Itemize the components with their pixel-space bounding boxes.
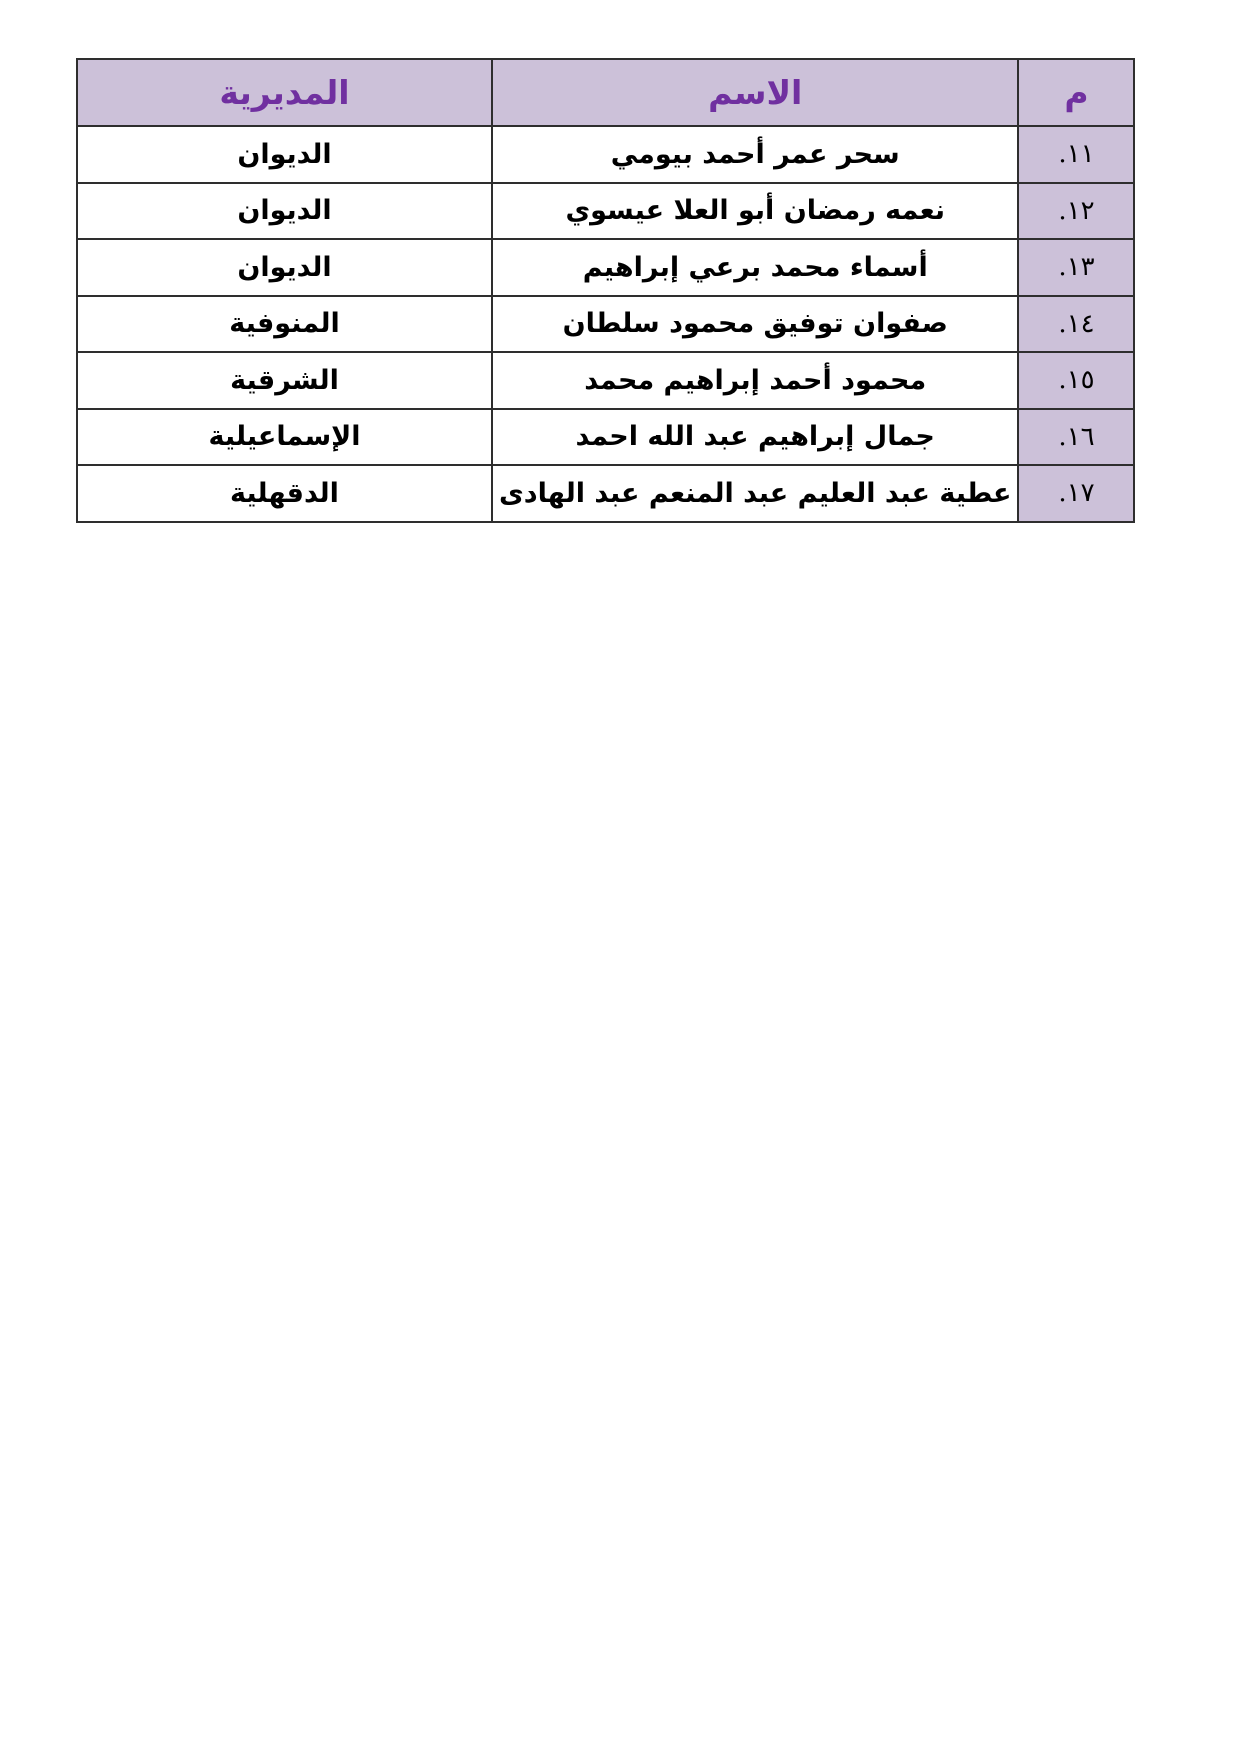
cell-directorate: الشرقية <box>77 352 492 409</box>
cell-number: ١٢. <box>1018 183 1134 240</box>
header-cell-number: م <box>1018 59 1134 126</box>
cell-directorate: المنوفية <box>77 296 492 353</box>
table-header-row: م الاسم المديرية <box>77 59 1134 126</box>
table-row: ١٢. نعمه رمضان أبو العلا عيسوي الديوان <box>77 183 1134 240</box>
header-cell-name: الاسم <box>492 59 1018 126</box>
cell-name: صفوان توفيق محمود سلطان <box>492 296 1018 353</box>
cell-directorate: الديوان <box>77 239 492 296</box>
cell-directorate: الديوان <box>77 183 492 240</box>
cell-name: نعمه رمضان أبو العلا عيسوي <box>492 183 1018 240</box>
cell-number: ١٦. <box>1018 409 1134 466</box>
cell-directorate: الديوان <box>77 126 492 183</box>
document-page: م الاسم المديرية ١١. سحر عمر أحمد بيومي … <box>0 0 1241 1755</box>
cell-number: ١٥. <box>1018 352 1134 409</box>
cell-name: أسماء محمد برعي إبراهيم <box>492 239 1018 296</box>
cell-name: محمود أحمد إبراهيم محمد <box>492 352 1018 409</box>
table-row: ١٣. أسماء محمد برعي إبراهيم الديوان <box>77 239 1134 296</box>
cell-name: جمال إبراهيم عبد الله احمد <box>492 409 1018 466</box>
table-row: ١٤. صفوان توفيق محمود سلطان المنوفية <box>77 296 1134 353</box>
table-row: ١٥. محمود أحمد إبراهيم محمد الشرقية <box>77 352 1134 409</box>
table-row: ١١. سحر عمر أحمد بيومي الديوان <box>77 126 1134 183</box>
staff-directorate-table: م الاسم المديرية ١١. سحر عمر أحمد بيومي … <box>76 58 1135 523</box>
cell-name: عطية عبد العليم عبد المنعم عبد الهادى <box>492 465 1018 522</box>
cell-directorate: الدقهلية <box>77 465 492 522</box>
table-row: ١٧. عطية عبد العليم عبد المنعم عبد الهاد… <box>77 465 1134 522</box>
cell-number: ١٣. <box>1018 239 1134 296</box>
cell-number: ١٧. <box>1018 465 1134 522</box>
table-row: ١٦. جمال إبراهيم عبد الله احمد الإسماعيل… <box>77 409 1134 466</box>
cell-directorate: الإسماعيلية <box>77 409 492 466</box>
cell-number: ١١. <box>1018 126 1134 183</box>
cell-name: سحر عمر أحمد بيومي <box>492 126 1018 183</box>
header-cell-directorate: المديرية <box>77 59 492 126</box>
cell-number: ١٤. <box>1018 296 1134 353</box>
